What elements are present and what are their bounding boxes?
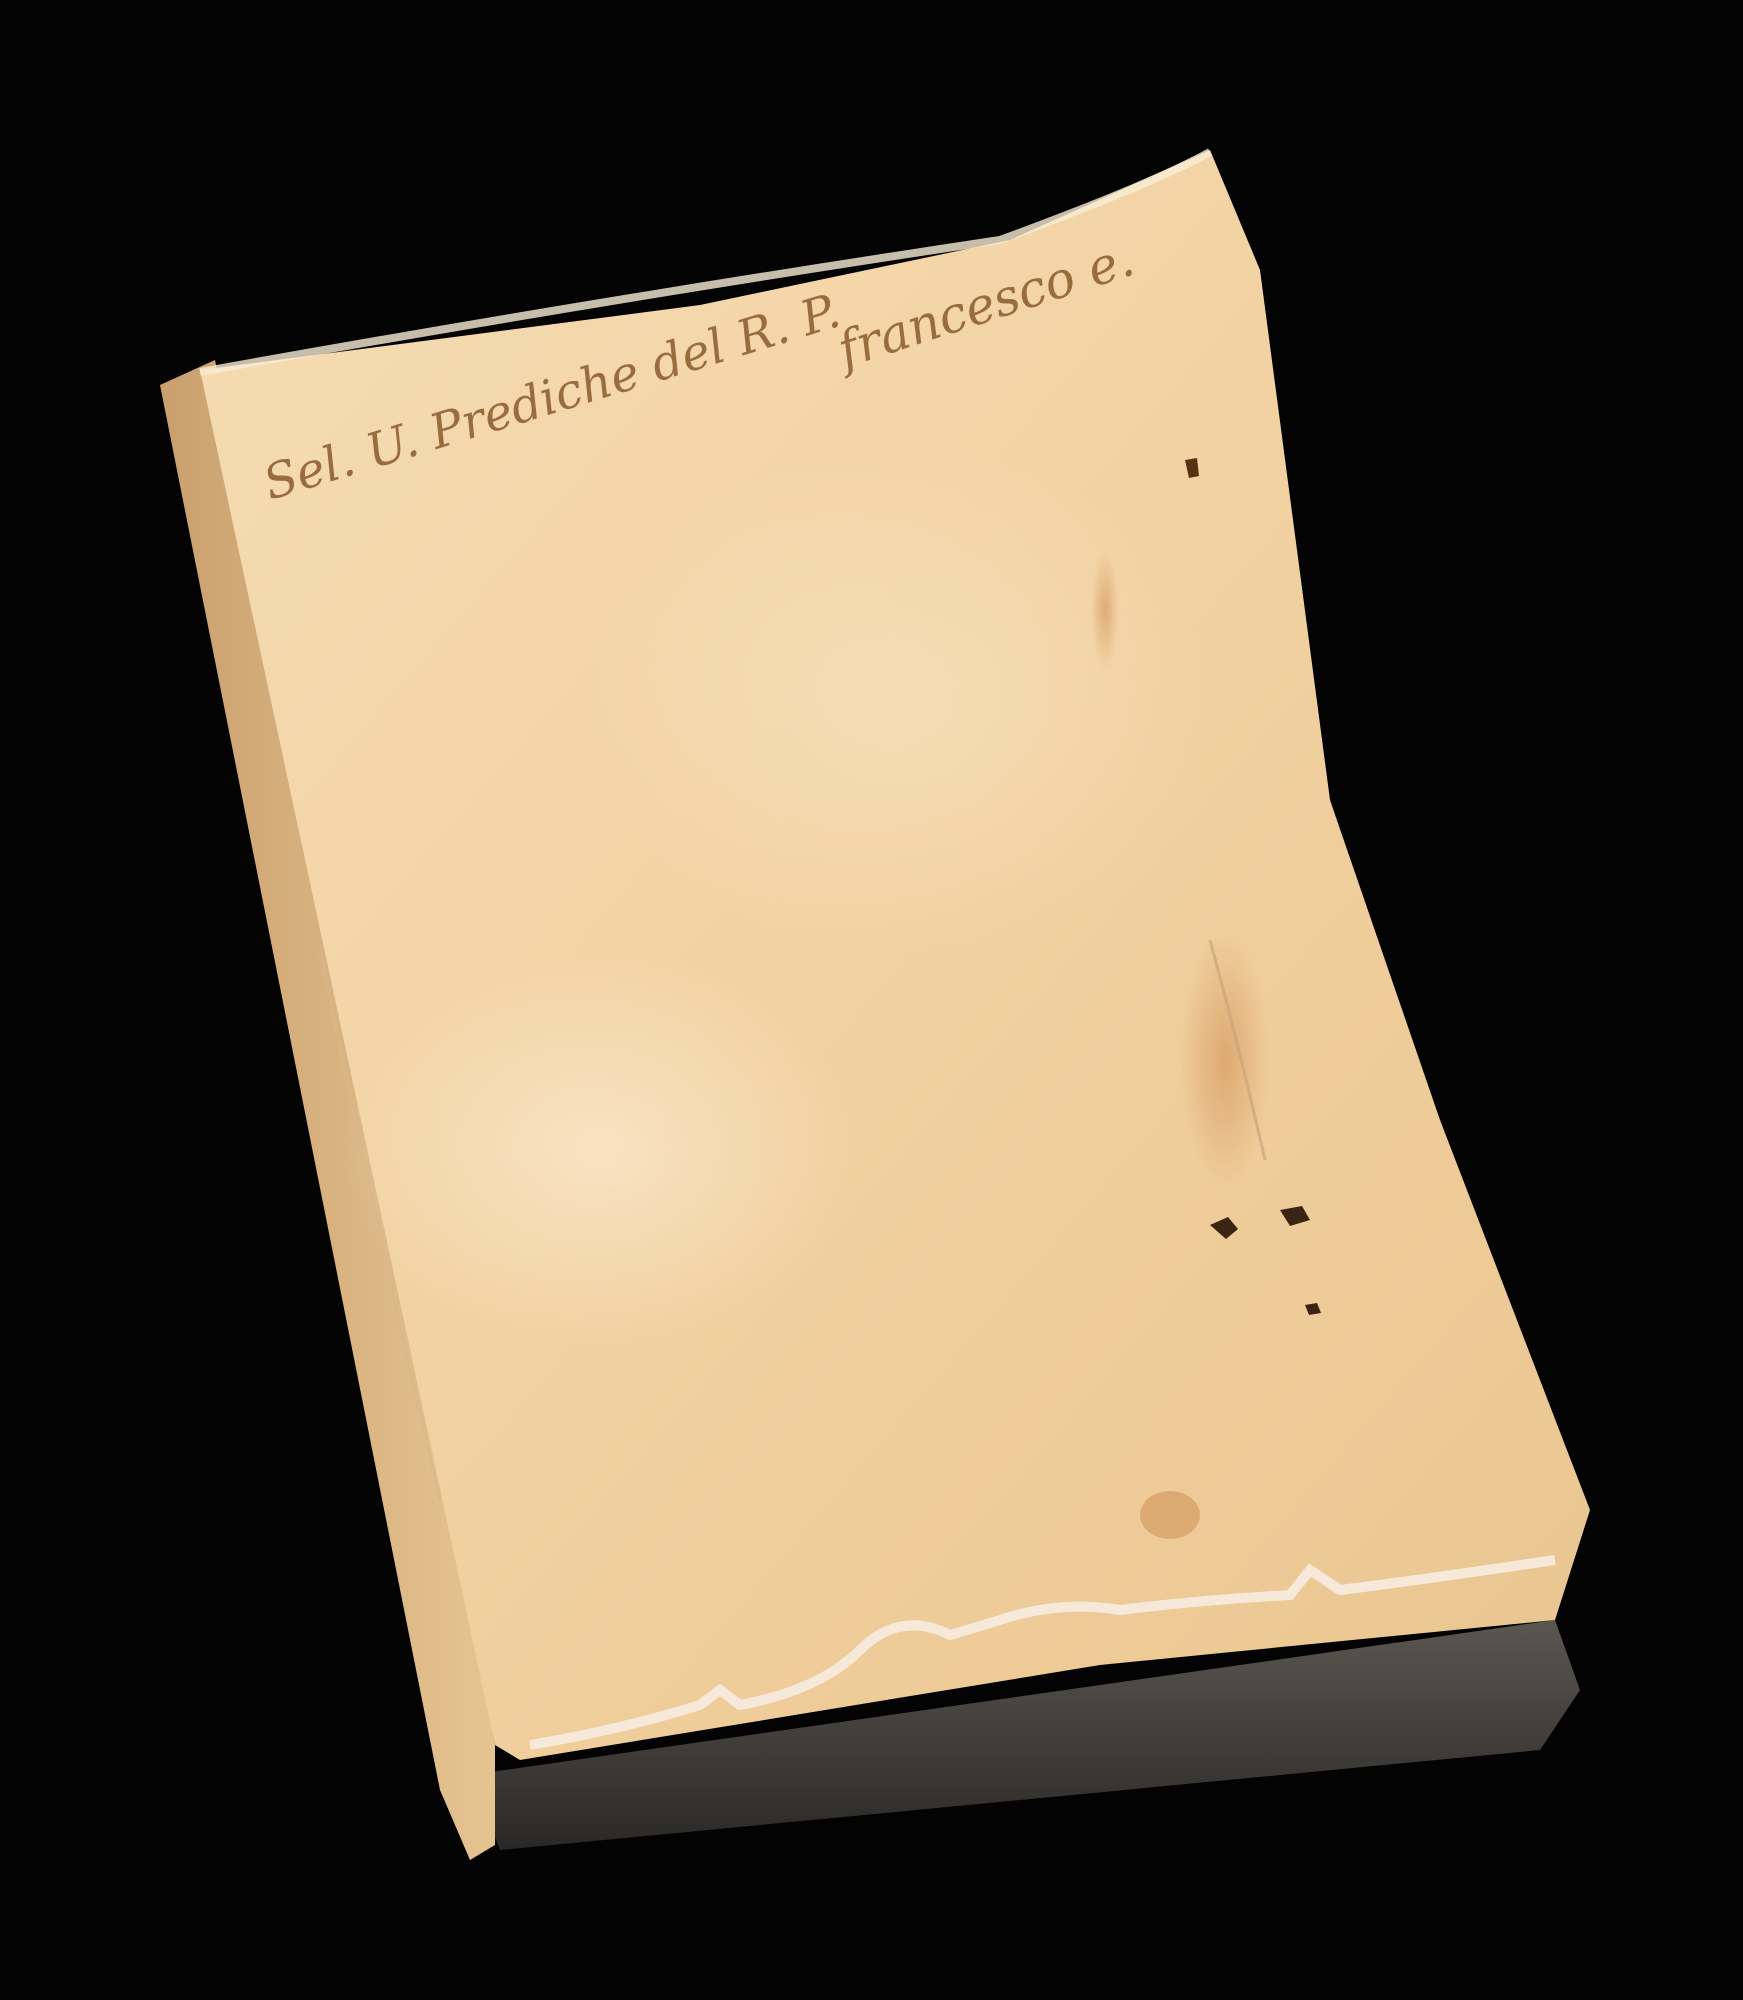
cover-sheen-2 — [580, 440, 1220, 960]
stain — [1091, 550, 1119, 670]
book-photo: Sel. U. Prediche del R. P. francesco e. — [0, 0, 1743, 2000]
stain — [1140, 1491, 1200, 1539]
stain — [1180, 930, 1270, 1190]
cover-sheen — [340, 950, 860, 1350]
photo-stage: Sel. U. Prediche del R. P. francesco e. … — [0, 0, 1743, 2000]
